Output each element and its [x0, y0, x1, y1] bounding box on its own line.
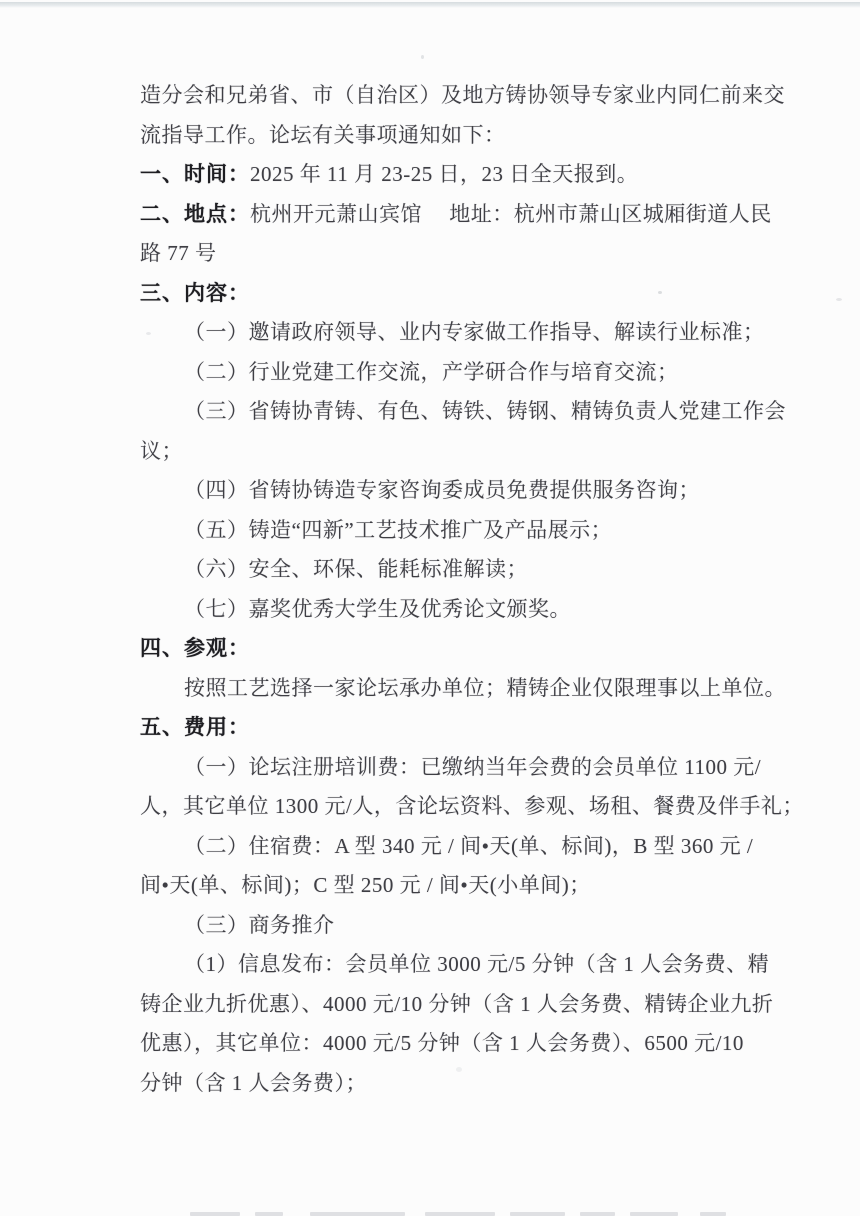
body-text: 铸企业九折优惠）、4000 元/10 分钟（含 1 人会务费、精铸企业九折	[140, 992, 773, 1016]
document-line: 造分会和兄弟省、市（自治区）及地方铸协领导专家业内同仁前来交	[140, 76, 788, 116]
scan-speckle	[456, 1067, 462, 1072]
document-line: 间•天(单、标间)；C 型 250 元 / 间•天(小单间)；	[140, 866, 788, 906]
document-line: 一、时间：2025 年 11 月 23-25 日，23 日全天报到。	[140, 155, 788, 195]
body-text: （五）铸造“四新”工艺技术推广及产品展示；	[184, 518, 612, 542]
document-line: 五、费用：	[140, 708, 788, 748]
body-text: （三）商务推介	[184, 913, 335, 937]
document-line: 按照工艺选择一家论坛承办单位；精铸企业仅限理事以上单位。	[140, 669, 788, 709]
body-text: 造分会和兄弟省、市（自治区）及地方铸协领导专家业内同仁前来交	[140, 83, 785, 107]
section-heading-text: 四、参观：	[140, 637, 250, 660]
document-line: 四、参观：	[140, 629, 788, 669]
body-text: 2025 年 11 月 23-25 日，23 日全天报到。	[250, 162, 638, 186]
partial-next-line-artifact	[0, 1208, 860, 1216]
document-line: （三）商务推介	[140, 906, 788, 946]
body-text: 议；	[140, 439, 183, 463]
body-text: 路 77 号	[140, 241, 217, 265]
document-line: （二）行业党建工作交流，产学研合作与培育交流；	[140, 353, 788, 393]
document-line: 分钟（含 1 人会务费）；	[140, 1064, 788, 1104]
document-line: （二）住宿费：A 型 340 元 / 间•天(单、标间)，B 型 360 元 /	[140, 827, 788, 867]
document-line: （1）信息发布：会员单位 3000 元/5 分钟（含 1 人会务费、精	[140, 945, 788, 985]
section-heading-text: 三、内容：	[140, 282, 250, 305]
document-line: （一）论坛注册培训费：已缴纳当年会费的会员单位 1100 元/	[140, 748, 788, 788]
scanned-notice-page: 造分会和兄弟省、市（自治区）及地方铸协领导专家业内同仁前来交流指导工作。论坛有关…	[0, 0, 860, 1216]
document-line: （七）嘉奖优秀大学生及优秀论文颁奖。	[140, 590, 788, 630]
scan-edge-artifact	[0, 2, 860, 8]
body-text: （一）论坛注册培训费：已缴纳当年会费的会员单位 1100 元/	[184, 755, 761, 779]
document-line: 优惠），其它单位：4000 元/5 分钟（含 1 人会务费）、6500 元/10	[140, 1024, 788, 1064]
body-text: 分钟（含 1 人会务费）；	[140, 1071, 367, 1095]
document-line: 铸企业九折优惠）、4000 元/10 分钟（含 1 人会务费、精铸企业九折	[140, 985, 788, 1025]
body-text: （1）信息发布：会员单位 3000 元/5 分钟（含 1 人会务费、精	[184, 952, 769, 976]
document-line: （五）铸造“四新”工艺技术推广及产品展示；	[140, 511, 788, 551]
body-text: 间•天(单、标间)；C 型 250 元 / 间•天(小单间)；	[140, 873, 591, 897]
body-text: （七）嘉奖优秀大学生及优秀论文颁奖。	[184, 597, 571, 621]
scan-speckle	[658, 291, 662, 294]
body-text: 人，其它单位 1300 元/人，含论坛资料、参观、场租、餐费及伴手礼；	[140, 794, 804, 818]
document-line: 路 77 号	[140, 234, 788, 274]
body-text: 优惠），其它单位：4000 元/5 分钟（含 1 人会务费）、6500 元/10	[140, 1031, 744, 1055]
document-line: （四）省铸协铸造专家咨询委成员免费提供服务咨询；	[140, 471, 788, 511]
scan-speckle	[146, 332, 151, 335]
section-heading-text: 五、费用：	[140, 716, 250, 739]
body-text: 杭州开元萧山宾馆 地址：杭州市萧山区城厢街道人民	[250, 202, 772, 226]
body-text: （六）安全、环保、能耗标准解读；	[184, 557, 528, 581]
body-text: 流指导工作。论坛有关事项通知如下：	[140, 123, 506, 147]
document-line: 二、地点：杭州开元萧山宾馆 地址：杭州市萧山区城厢街道人民	[140, 195, 788, 235]
section-heading-text: 一、时间：	[140, 163, 250, 186]
document-line: 议；	[140, 432, 788, 472]
scan-speckle	[421, 55, 424, 59]
document-line: 三、内容：	[140, 274, 788, 314]
document-line: （六）安全、环保、能耗标准解读；	[140, 550, 788, 590]
document-line: 人，其它单位 1300 元/人，含论坛资料、参观、场租、餐费及伴手礼；	[140, 787, 788, 827]
document-line: （三）省铸协青铸、有色、铸铁、铸钢、精铸负责人党建工作会	[140, 392, 788, 432]
body-text: （三）省铸协青铸、有色、铸铁、铸钢、精铸负责人党建工作会	[184, 399, 786, 423]
scan-speckle	[836, 298, 842, 301]
body-text: 按照工艺选择一家论坛承办单位；精铸企业仅限理事以上单位。	[184, 676, 786, 700]
section-heading-text: 二、地点：	[140, 203, 250, 226]
body-text: （二）行业党建工作交流，产学研合作与培育交流；	[184, 360, 679, 384]
body-text: （一）邀请政府领导、业内专家做工作指导、解读行业标准；	[184, 320, 765, 344]
body-text: （四）省铸协铸造专家咨询委成员免费提供服务咨询；	[184, 478, 700, 502]
body-text: （二）住宿费：A 型 340 元 / 间•天(单、标间)，B 型 360 元 /	[184, 834, 753, 858]
document-line: （一）邀请政府领导、业内专家做工作指导、解读行业标准；	[140, 313, 788, 353]
document-body: 造分会和兄弟省、市（自治区）及地方铸协领导专家业内同仁前来交流指导工作。论坛有关…	[140, 76, 788, 1103]
document-line: 流指导工作。论坛有关事项通知如下：	[140, 116, 788, 156]
